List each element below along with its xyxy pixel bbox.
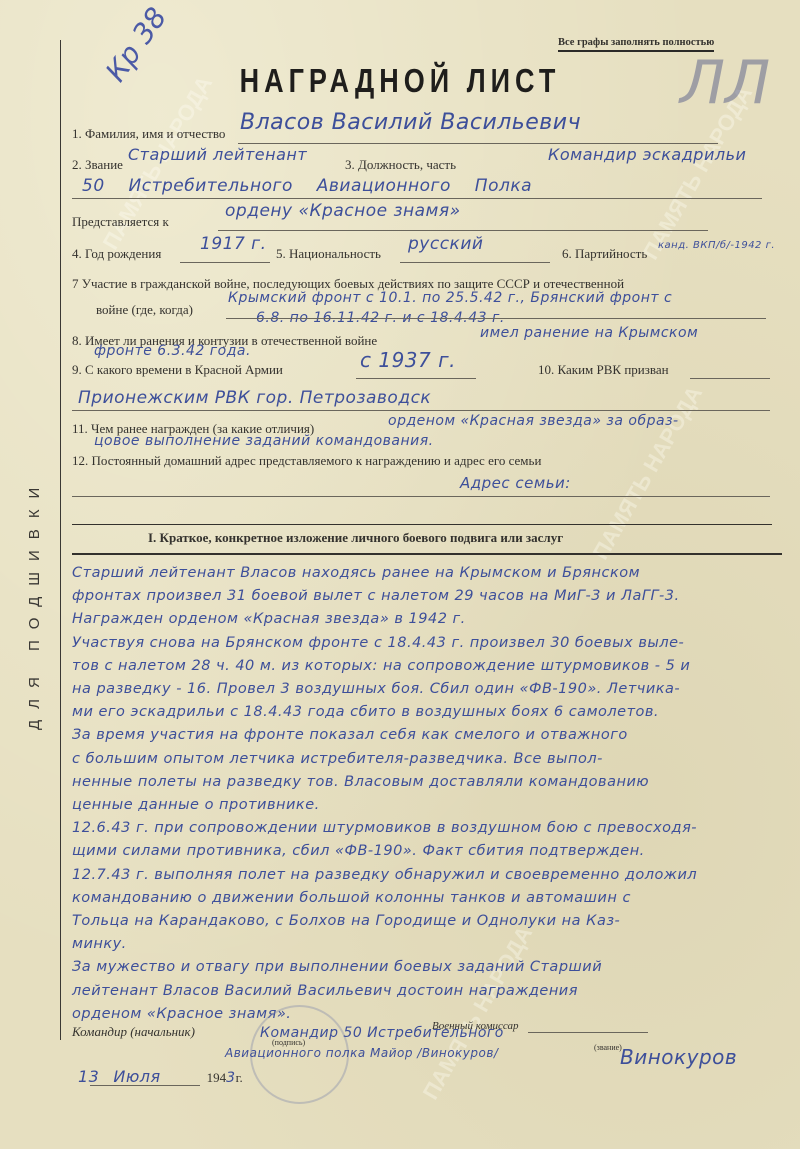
narrative-line: Старший лейтенант Власов находясь ранее … [72,562,640,585]
date-year-prefix: 194 [207,1070,227,1085]
field-party-label: 6. Партийность [562,246,647,262]
margin-line [60,40,61,1040]
narrative-line: минку. [72,933,127,956]
field-army-since-value: с 1937 г. [360,348,456,372]
field-birth-year-label: 4. Год рождения [72,246,161,262]
field-participation-value: Крымский фронт с 10.1. по 25.5.42 г., Бр… [228,290,672,306]
commander-label: Командир (начальник) [72,1024,195,1040]
field-party-value: канд. ВКП/б/-1942 г. [658,240,775,251]
watermark: ПАМЯТЬ НАРОДА [418,922,538,1105]
narrative-line: Награжден орденом «Красная звезда» в 194… [72,608,466,631]
field-prior-awards-value-cont: цовое выполнение заданий командования. [94,433,434,449]
field-rvk-value: Прионежским РВК гор. Петрозаводск [78,388,431,408]
narrative-line: Тольца на Карандаково, с Болхов на Город… [72,910,620,933]
field-wounds-value-cont: фронте 6.3.42 года. [94,343,251,359]
presented-label: Представляется к [72,214,169,230]
date-year-digit: 3 [226,1070,235,1086]
field-nationality-label: 5. Национальность [276,246,381,262]
field-rvk-label: 10. Каким РВК призван [538,362,669,378]
narrative-line: фронтах произвел 31 боевой вылет с налет… [72,585,680,608]
field-nationality-value: русский [408,234,483,254]
field-position-label: 3. Должность, часть [345,157,456,173]
presented-value: ордену «Красное знамя» [225,201,461,221]
field-army-since-label: 9. С какого времени в Красной Армии [72,362,283,378]
binding-label: ДЛЯ ПОДШИВКИ [22,400,52,730]
narrative-line: тов с налетом 28 ч. 40 м. из которых: на… [72,655,690,678]
signature-scrawl: Винокуров [620,1045,737,1069]
field-birth-year-value: 1917 г. [200,234,267,254]
field-rank-value: Старший лейтенант [128,145,307,164]
field-prior-awards-value: орденом «Красная звезда» за образ- [388,413,679,429]
instruction-note: Все графы заполнять полностью [558,37,714,52]
narrative-line: на разведку - 16. Провел 3 воздушных боя… [72,678,680,701]
narrative-line: ненные полеты на разведку тов. Власовым … [72,771,649,794]
field-name-value: Власов Василий Васильевич [240,110,581,135]
narrative-line: орденом «Красное знамя». [72,1003,291,1026]
narrative-line: 12.6.43 г. при сопровождении штурмовиков… [72,817,697,840]
narrative-line: За время участия на фронте показал себя … [72,724,628,747]
narrative-line: с большим опытом летчика истребителя-раз… [72,748,603,771]
rank-caption: (звание) [594,1043,622,1052]
narrative-line: лейтенант Власов Василий Васильевич дост… [72,980,578,1003]
field-participation-label-cont: войне (где, когда) [96,302,193,318]
signature-line-2: Авиационного полка Майор /Винокуров/ [225,1046,498,1060]
date-year-suffix: г. [236,1070,243,1085]
date-month: Июля [113,1067,160,1086]
date: 13 Июля 1943г. [78,1067,243,1087]
field-rank-label: 2. Звание [72,157,123,173]
section-heading: I. Краткое, конкретное изложение личного… [148,530,563,546]
narrative-line: Участвуя снова на Брянском фронте с 18.4… [72,632,684,655]
field-name-label: 1. Фамилия, имя и отчество [72,126,225,142]
date-day: 13 [78,1067,99,1086]
field-address-value: Адрес семьи: [460,474,571,492]
narrative-line: ценные данные о противнике. [72,794,320,817]
narrative-line: щими силами противника, сбил «ФВ-190». Ф… [72,840,645,863]
narrative-line: командованию о движении большой колонны … [72,887,631,910]
field-address-label: 12. Постоянный домашний адрес представля… [72,453,541,469]
field-wounds-value: имел ранение на Крымском [480,325,698,341]
signature-line-1: Командир 50 Истребительного [260,1025,504,1041]
page-title: НАГРАДНОЙ ЛИСТ [0,62,800,101]
narrative-line: ми его эскадрильи с 18.4.43 года сбито в… [72,701,659,724]
narrative-line: За мужество и отвагу при выполнении боев… [72,956,602,979]
field-position-value: Командир эскадрильи [548,145,746,164]
field-position-value-cont: 50 Истребительного Авиационного Полка [82,176,532,196]
narrative-line: 12.7.43 г. выполняя полет на разведку об… [72,864,697,887]
